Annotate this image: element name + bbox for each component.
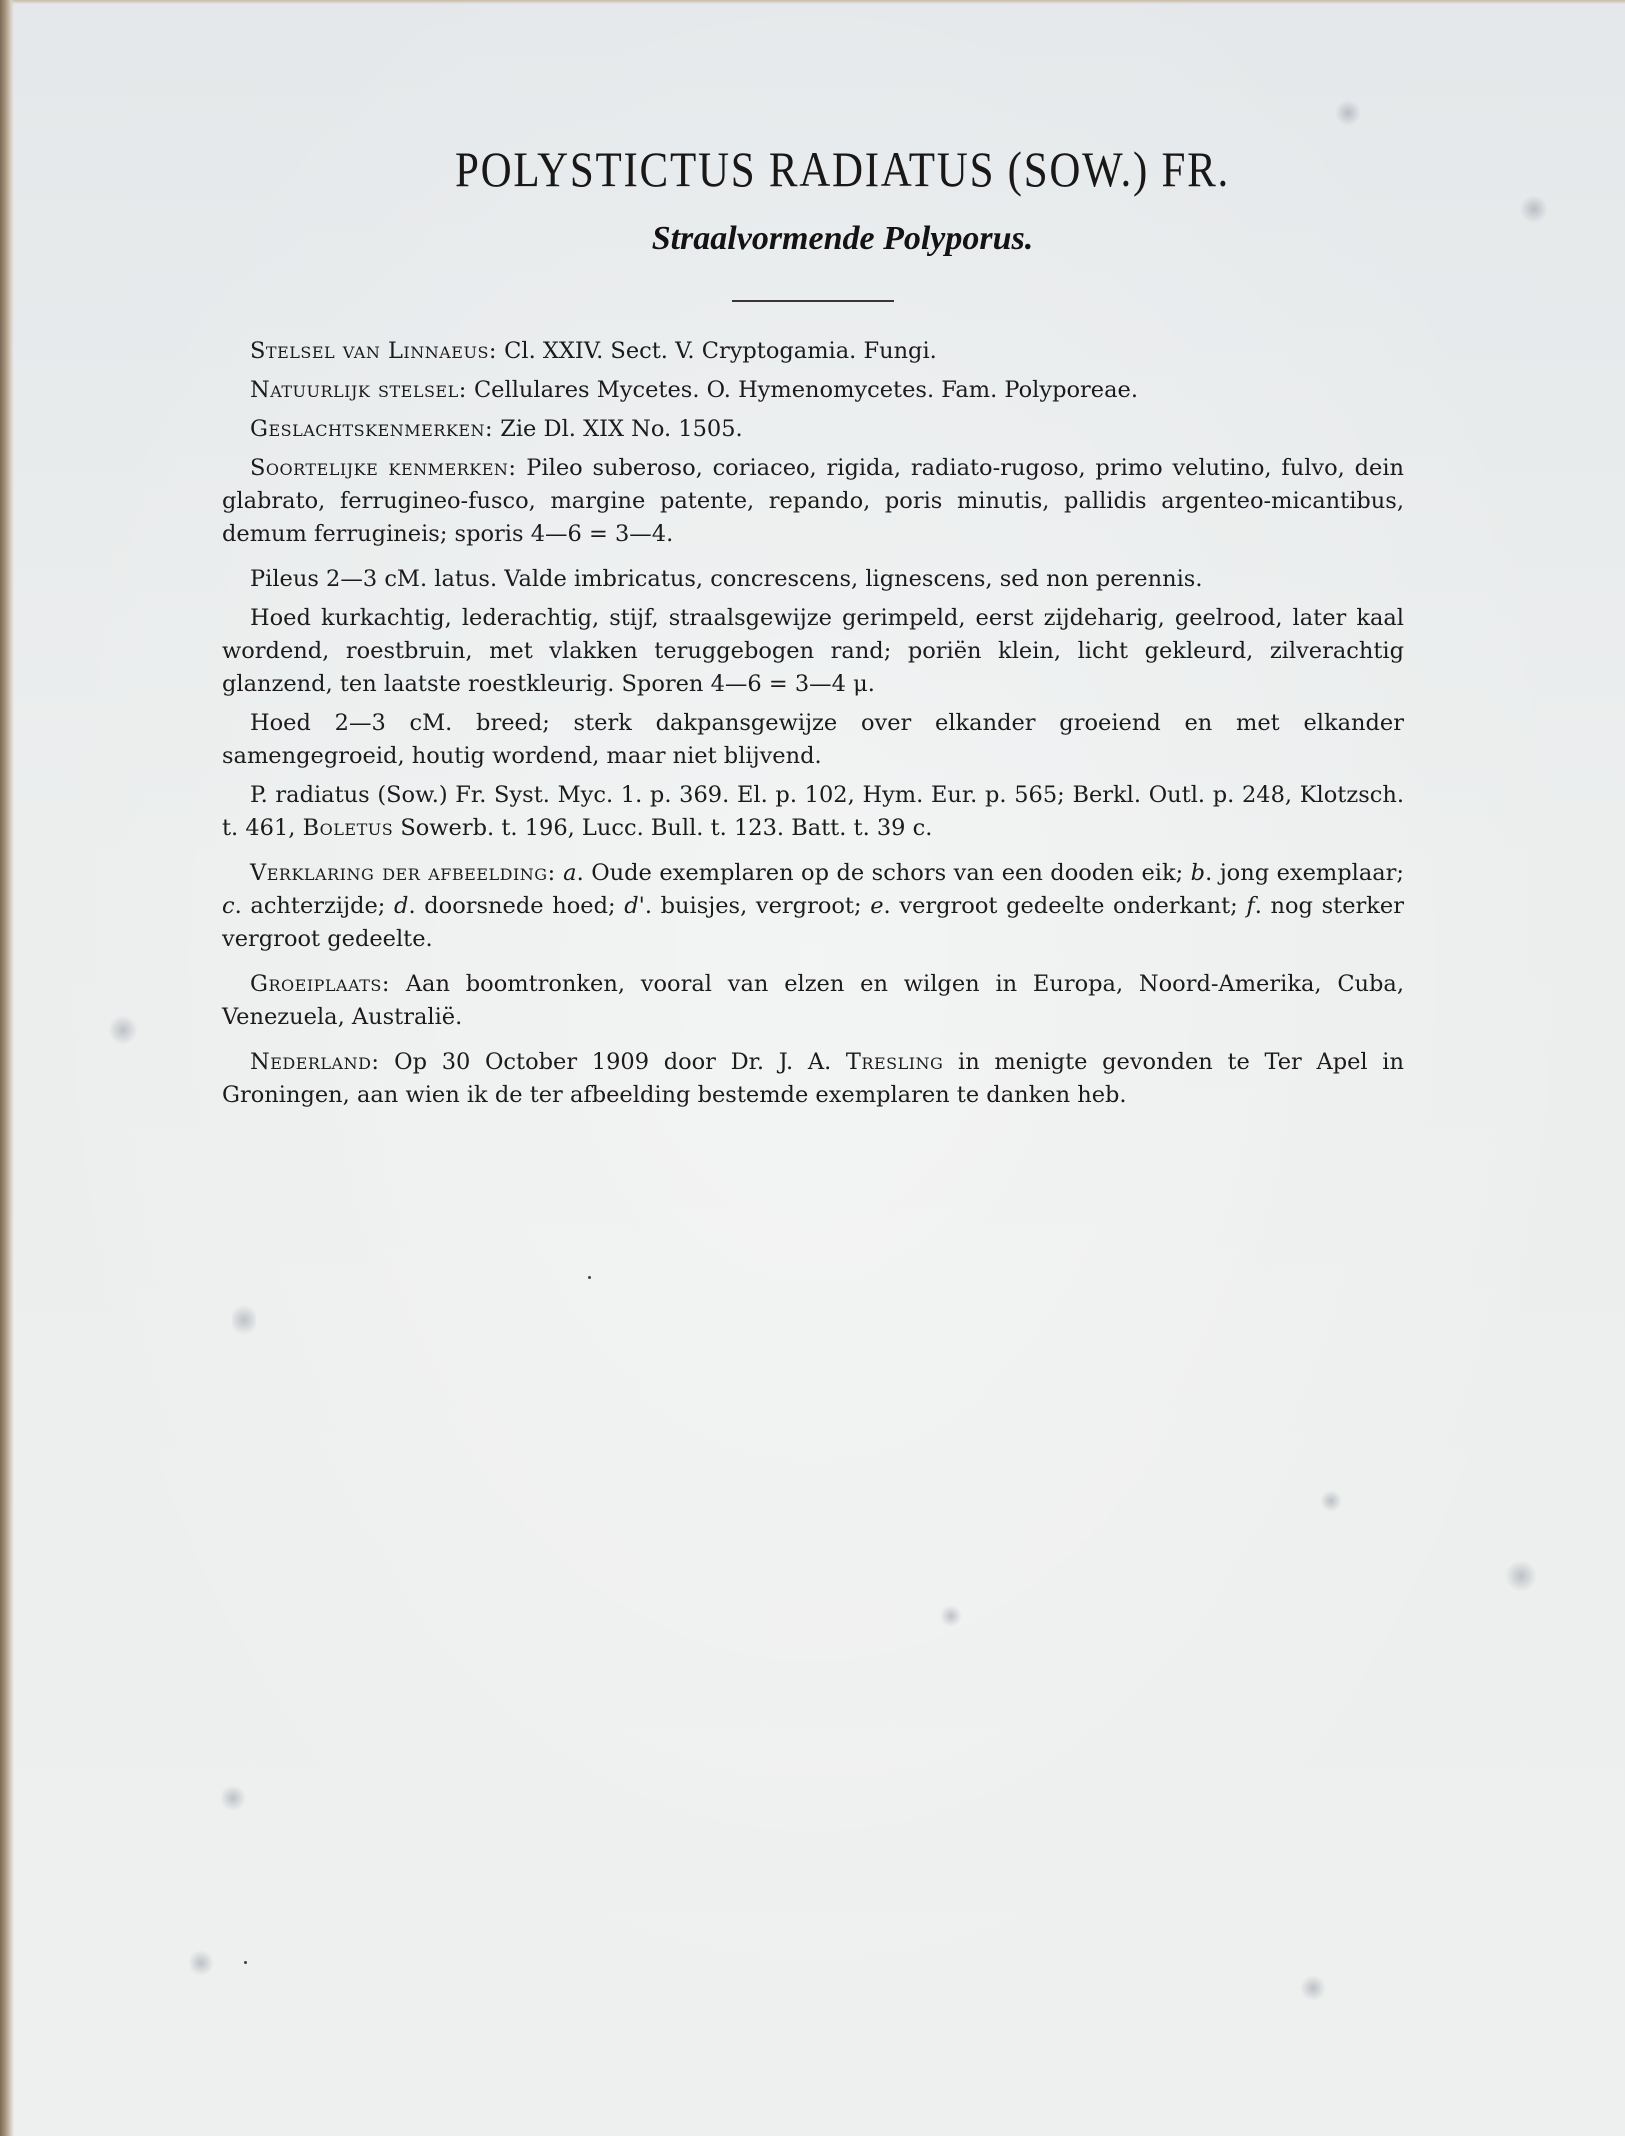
paper-spot [940,1605,962,1627]
paragraph-text: Pileus 2—3 cM. latus. Valde imbricatus, … [250,566,1203,592]
paragraph-text: Zie Dl. XIX No. 1505. [493,416,743,442]
paragraph-text: . buisjes, vergroot; [645,893,870,919]
figure-letter: e [870,893,883,919]
paragraph: P. radiatus (Sow.) Fr. Syst. Myc. 1. p. … [222,779,1404,845]
paragraph-text: . jong exemplaar; [1205,860,1404,886]
figure-letter: d [394,893,408,919]
paragraph: Soortelijke kenmerken: Pileo suberoso, c… [222,452,1404,551]
section-label: Verklaring der afbeelding: [250,860,556,886]
section-label: Soortelijke kenmerken: [250,455,517,481]
section-label: Stelsel van Linnaeus: [250,338,497,364]
binding-edge [0,0,14,2136]
figure-letter: b [1191,860,1205,886]
paragraph: Groeiplaats: Aan boomtronken, vooral van… [222,968,1404,1034]
paper-spot [220,1785,246,1811]
paragraph-text: . Oude exemplaren op de schors van een d… [577,860,1191,886]
section-label: Nederland: [250,1049,380,1075]
paragraph: Natuurlijk stelsel: Cellulares Mycetes. … [222,374,1404,407]
section-label: Natuurlijk stelsel: [250,377,467,403]
paper-spot [1320,1490,1342,1512]
paper-spot [108,1015,138,1045]
paragraph-text: . vergroot gedeelte onderkant; [884,893,1247,919]
paper-spot [1520,195,1548,223]
paper-speck [588,1276,591,1279]
paper-speck [244,1961,247,1964]
figure-letter: f [1246,893,1254,919]
paragraph: Geslachtskenmerken: Zie Dl. XIX No. 1505… [222,413,1404,446]
name-smallcaps: Tresling [846,1049,943,1075]
paragraph-text: Op 30 October 1909 door Dr. J. A. [380,1049,846,1075]
scanned-page: POLYSTICTUS RADIATUS (SOW.) FR. Straalvo… [0,0,1625,2136]
page-top-edge [0,0,1625,4]
page-subtitle: Straalvormende Polyporus. [30,220,1625,258]
title-divider [732,300,894,302]
figure-letter: d' [624,893,645,919]
page-title: POLYSTICTUS RADIATUS (SOW.) FR. [144,140,1542,198]
paragraph-text: . doorsnede hoed; [408,893,624,919]
paper-spot [1335,100,1361,126]
paragraph-text: Sowerb. t. 196, Lucc. Bull. t. 123. Batt… [393,815,932,841]
paragraph: Pileus 2—3 cM. latus. Valde imbricatus, … [222,563,1404,596]
paper-spot [1300,1975,1326,2001]
paragraph: Nederland: Op 30 October 1909 door Dr. J… [222,1046,1404,1112]
paragraph: Hoed kurkachtig, lederachtig, stijf, str… [222,602,1404,701]
paper-spot [1505,1560,1537,1592]
figure-letter: c [222,893,235,919]
figure-letter: a [563,860,576,886]
paragraph-text: Hoed kurkachtig, lederachtig, stijf, str… [222,605,1404,697]
paragraph: Stelsel van Linnaeus: Cl. XXIV. Sect. V.… [222,335,1404,368]
paragraph-text: Cl. XXIV. Sect. V. Cryptogamia. Fungi. [497,338,937,364]
paragraph: Verklaring der afbeelding: a. Oude exemp… [222,857,1404,956]
section-label: Geslachtskenmerken: [250,416,493,442]
paper-spot [232,1302,256,1338]
paragraph-text: Cellulares Mycetes. O. Hymenomycetes. Fa… [467,377,1138,403]
section-label: Groeiplaats: [250,971,390,997]
paragraph-text: . achterzijde; [235,893,394,919]
paragraph-text: Aan boomtronken, vooral van elzen en wil… [222,971,1404,1030]
document-body: Stelsel van Linnaeus: Cl. XXIV. Sect. V.… [222,335,1404,1118]
paper-spot [188,1950,214,1976]
name-smallcaps: Boletus [303,815,394,841]
paragraph: Hoed 2—3 cM. breed; sterk dakpansgewijze… [222,707,1404,773]
paragraph-text: Hoed 2—3 cM. breed; sterk dakpansgewijze… [222,710,1404,769]
